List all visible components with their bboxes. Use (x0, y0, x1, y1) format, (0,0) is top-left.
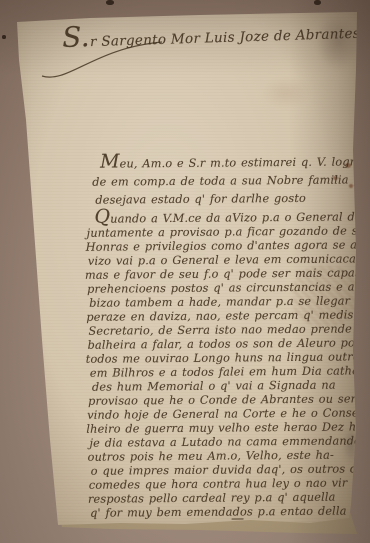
body-line: respostas pello cardeal rey p.a q' aquel… (88, 491, 336, 506)
body-line: vizo vai p.a o General e leva em comunic… (88, 252, 370, 268)
body-line: mas e favor de seu f.o q' pode ser mais … (85, 266, 370, 282)
ink-blot-tail (36, 457, 47, 463)
opening-line: Meu, Am.o e S.r m.to estimarei q. V. log… (100, 155, 370, 171)
body-line: balheira a falar, a todos os son de Aleu… (88, 336, 370, 352)
dust-speck (314, 0, 321, 5)
body-line: je dia estava a Lutado na cama emmendand… (89, 434, 370, 449)
body-line: provisao que he o Conde de Abrantes ou s… (88, 392, 360, 407)
body-line: o que impres maior duvida daq', os outro… (91, 462, 365, 477)
dust-speck (106, 0, 114, 5)
body-line: Quando a V.M.ce da aVizo p.a o General d… (94, 210, 370, 226)
body-line: Honras e privilegios como d'antes agora … (86, 238, 361, 253)
body-line: vindo hoje de General na Corte e he o Co… (87, 406, 362, 421)
body-line: outros pois he meu Am.o, Velho, este ha- (88, 449, 334, 464)
body-line: comedes que hora contra hua ley o nao vi… (89, 477, 348, 492)
body-line: em Bilhros e a todos falei em hum Dia ca… (90, 364, 363, 379)
body-line: peraze en daviza, nao, este percam q' me… (86, 308, 369, 323)
body-line: Secretario, de Serra isto nao medao pren… (88, 322, 370, 338)
dust-speck (2, 35, 6, 39)
body-line: juntamente a provisao p.a ficar gozando … (87, 224, 370, 240)
body-line: prehencioens postos q' as circunstancias… (87, 280, 370, 296)
ink-blot (28, 459, 38, 468)
body-line: todos me ouvirao Longo huns na lingua ou… (86, 350, 366, 365)
manuscript-photograph: S.r Sargento Mor Luis Joze de Abrantes H… (0, 0, 370, 543)
body-line: lheiro de guerra muy velho este herao De… (86, 420, 367, 435)
opening-line: de em comp.a de toda a sua Nobre familia… (92, 173, 370, 189)
opening-line: desejava estado q' for darlhe gosto (95, 192, 306, 207)
body-line: bizao tambem a hade, mandar p.a se llega… (89, 294, 370, 309)
body-line: des hum Memorial o q' vai a Signada na (92, 379, 336, 394)
paper-sheet: S.r Sargento Mor Luis Joze de Abrantes H… (0, 0, 370, 543)
body-line: q' for muy bem emendados p.a entao della… (90, 504, 370, 520)
letter-body: Meu, Am.o e S.r m.to estimarei q. V. log… (0, 0, 370, 543)
